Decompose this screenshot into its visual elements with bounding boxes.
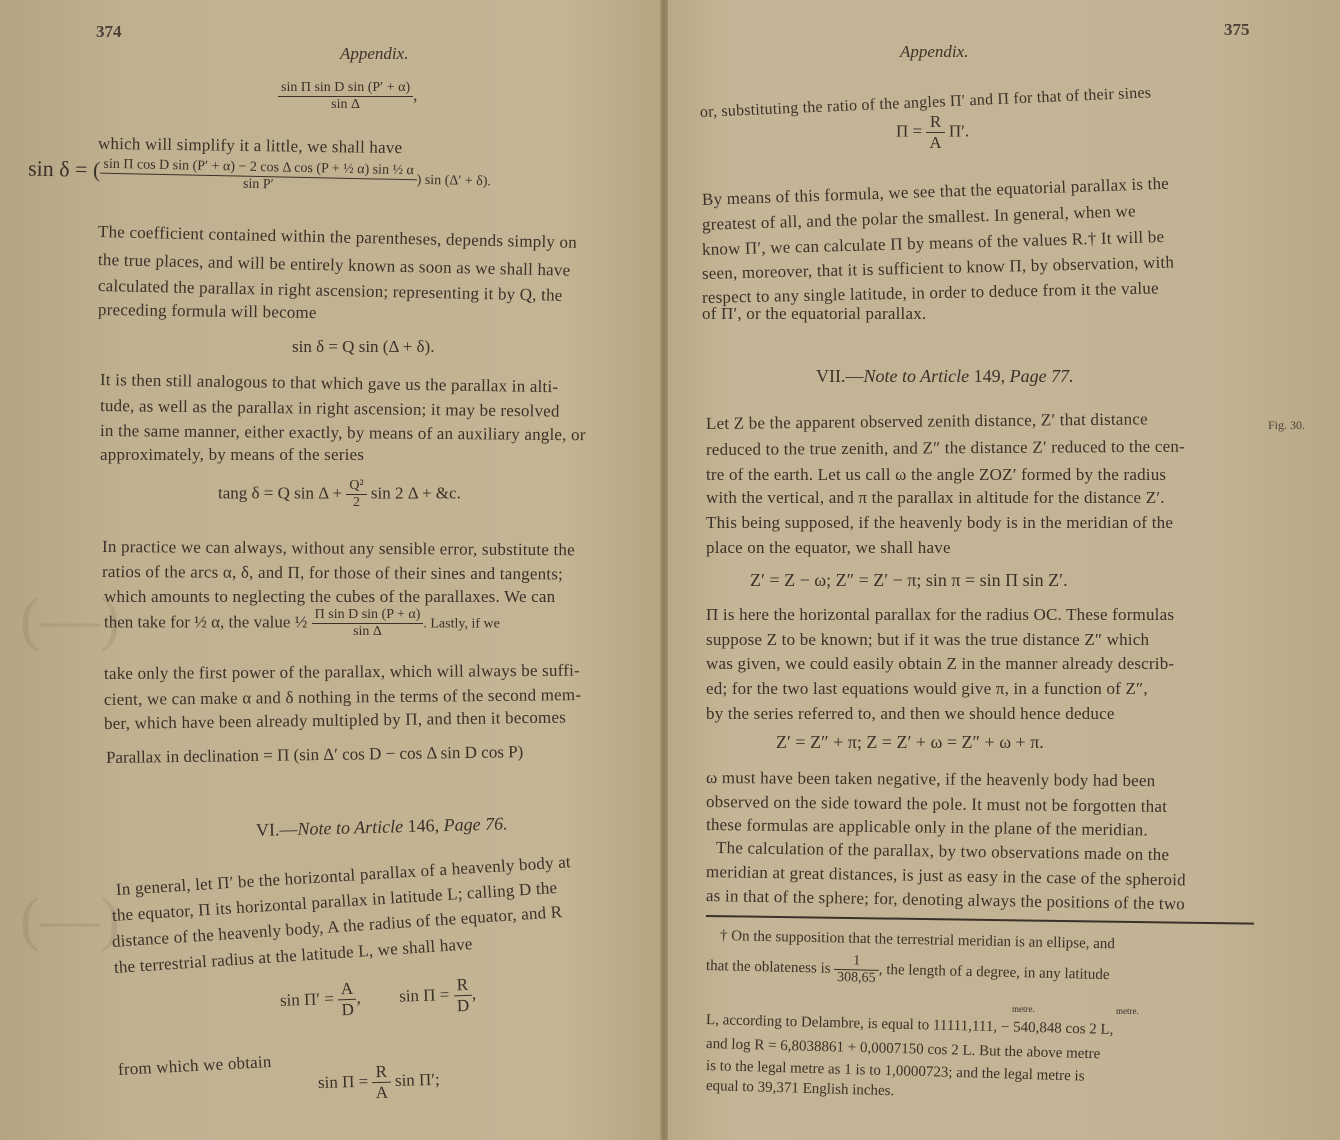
section-heading-vi: VI.—Note to Article 146, Page 76. bbox=[256, 813, 508, 841]
page-number: 374 bbox=[96, 22, 122, 42]
text-line: ratios of the arcs α, δ, and Π, for thos… bbox=[102, 562, 563, 584]
text-line: by the series referred to, and then we s… bbox=[706, 704, 1115, 724]
text-line: was given, we could easily obtain Z in t… bbox=[706, 654, 1174, 674]
equation: then take for ½ α, the value ½ Π sin D s… bbox=[104, 607, 500, 640]
text-line: cient, we can make α and δ nothing in th… bbox=[104, 685, 581, 710]
section-heading-vii: VII.—Note to Article 149, Page 77. bbox=[816, 366, 1074, 387]
text-line: ed; for the two last equations would giv… bbox=[706, 679, 1148, 699]
equation: sin Π = RA sin Π′; bbox=[317, 1060, 440, 1104]
footnote-rule bbox=[706, 915, 1254, 924]
footnote-line: L, according to Delambre, is equal to 11… bbox=[706, 1012, 1114, 1039]
page-number: 375 bbox=[1224, 20, 1250, 40]
text-line: which amounts to neglecting the cubes of… bbox=[104, 587, 555, 607]
left-page: (—) (—) 374 Appendix. sin Π sin D sin (P… bbox=[0, 0, 664, 1140]
margin-figure-note: Fig. 30. bbox=[1268, 418, 1305, 433]
equation: Π = RA Π′. bbox=[896, 112, 969, 153]
footnote-line: equal to 39,371 English inches. bbox=[706, 1078, 895, 1100]
bleed-through-mark: (—) bbox=[20, 885, 120, 954]
text-line: the true places, and will be entirely kn… bbox=[98, 250, 571, 281]
text-line: Π is here the horizontal parallax for th… bbox=[706, 605, 1174, 625]
footnote-line: † On the supposition that the terrestria… bbox=[720, 928, 1115, 953]
equation: sin Π′ = AD, sin Π = RD, bbox=[279, 975, 476, 1023]
text-line: which will simplify it a little, we shal… bbox=[98, 134, 403, 158]
text-line: with the vertical, and π the parallax in… bbox=[706, 488, 1165, 508]
running-head: Appendix. bbox=[340, 44, 408, 64]
text-line: ber, which have been already multipled b… bbox=[104, 708, 566, 734]
text-line: In practice we can always, without any s… bbox=[102, 537, 575, 560]
text-line: observed on the side toward the pole. It… bbox=[706, 792, 1167, 817]
text-line: This being supposed, if the heavenly bod… bbox=[706, 513, 1173, 533]
text-line: as in that of the sphere; for, denoting … bbox=[706, 886, 1185, 914]
equation: sin δ = Q sin (Δ + δ). bbox=[292, 337, 434, 357]
text-line: Let Z be the apparent observed zenith di… bbox=[706, 409, 1148, 434]
text-line: take only the first power of the paralla… bbox=[104, 661, 580, 684]
text-line: place on the equator, we shall have bbox=[706, 538, 951, 558]
text-line: meridian at great distances, is just as … bbox=[706, 862, 1186, 890]
text-line: The coefficient contained within the par… bbox=[98, 222, 577, 253]
equation: tang δ = Q sin Δ + Q²2 sin 2 Δ + &c. bbox=[218, 478, 461, 511]
unit-label: metre. bbox=[1116, 1006, 1139, 1016]
text-line: preceding formula will become bbox=[98, 300, 317, 323]
text-line: from which we obtain bbox=[117, 1052, 271, 1080]
unit-label: metre. bbox=[1012, 1004, 1035, 1014]
text-line: tre of the earth. Let us call ω the angl… bbox=[706, 465, 1166, 485]
text-line: The calculation of the parallax, by two … bbox=[716, 838, 1170, 865]
book-gutter bbox=[660, 0, 668, 1140]
footnote-line: that the oblateness is 1308,65, the leng… bbox=[706, 950, 1110, 992]
text-line: ω must have been taken negative, if the … bbox=[706, 768, 1156, 791]
text-line: these formulas are applicable only in th… bbox=[706, 815, 1148, 840]
text-line: It is then still analogous to that which… bbox=[100, 370, 559, 397]
equation: sin Π sin D sin (P′ + α)sin Δ, bbox=[278, 80, 417, 113]
text-line: tude, as well as the parallax in right a… bbox=[100, 396, 560, 422]
book-spread: (—) (—) 374 Appendix. sin Π sin D sin (P… bbox=[0, 0, 1340, 1140]
equation: Parallax in declination = Π (sin Δ′ cos … bbox=[106, 742, 524, 768]
text-line: of Π′, or the equatorial parallax. bbox=[702, 304, 926, 324]
equation: Z′ = Z − ω; Z″ = Z′ − π; sin π = sin Π s… bbox=[750, 570, 1068, 591]
equation: sin δ = (sin Π cos D sin (P′ + α) − 2 co… bbox=[28, 155, 492, 198]
text-line: approximately, by means of the series bbox=[100, 445, 364, 465]
equation: Z′ = Z″ + π; Z = Z′ + ω = Z″ + ω + π. bbox=[776, 732, 1044, 753]
text-line: suppose Z to be known; but if it was the… bbox=[706, 630, 1149, 650]
right-page: 375 Appendix. or, substituting the ratio… bbox=[664, 0, 1340, 1140]
text-line: in the same manner, either exactly, by m… bbox=[100, 421, 586, 445]
text-line: reduced to the true zenith, and Z″ the d… bbox=[706, 437, 1185, 460]
running-head: Appendix. bbox=[900, 42, 968, 62]
